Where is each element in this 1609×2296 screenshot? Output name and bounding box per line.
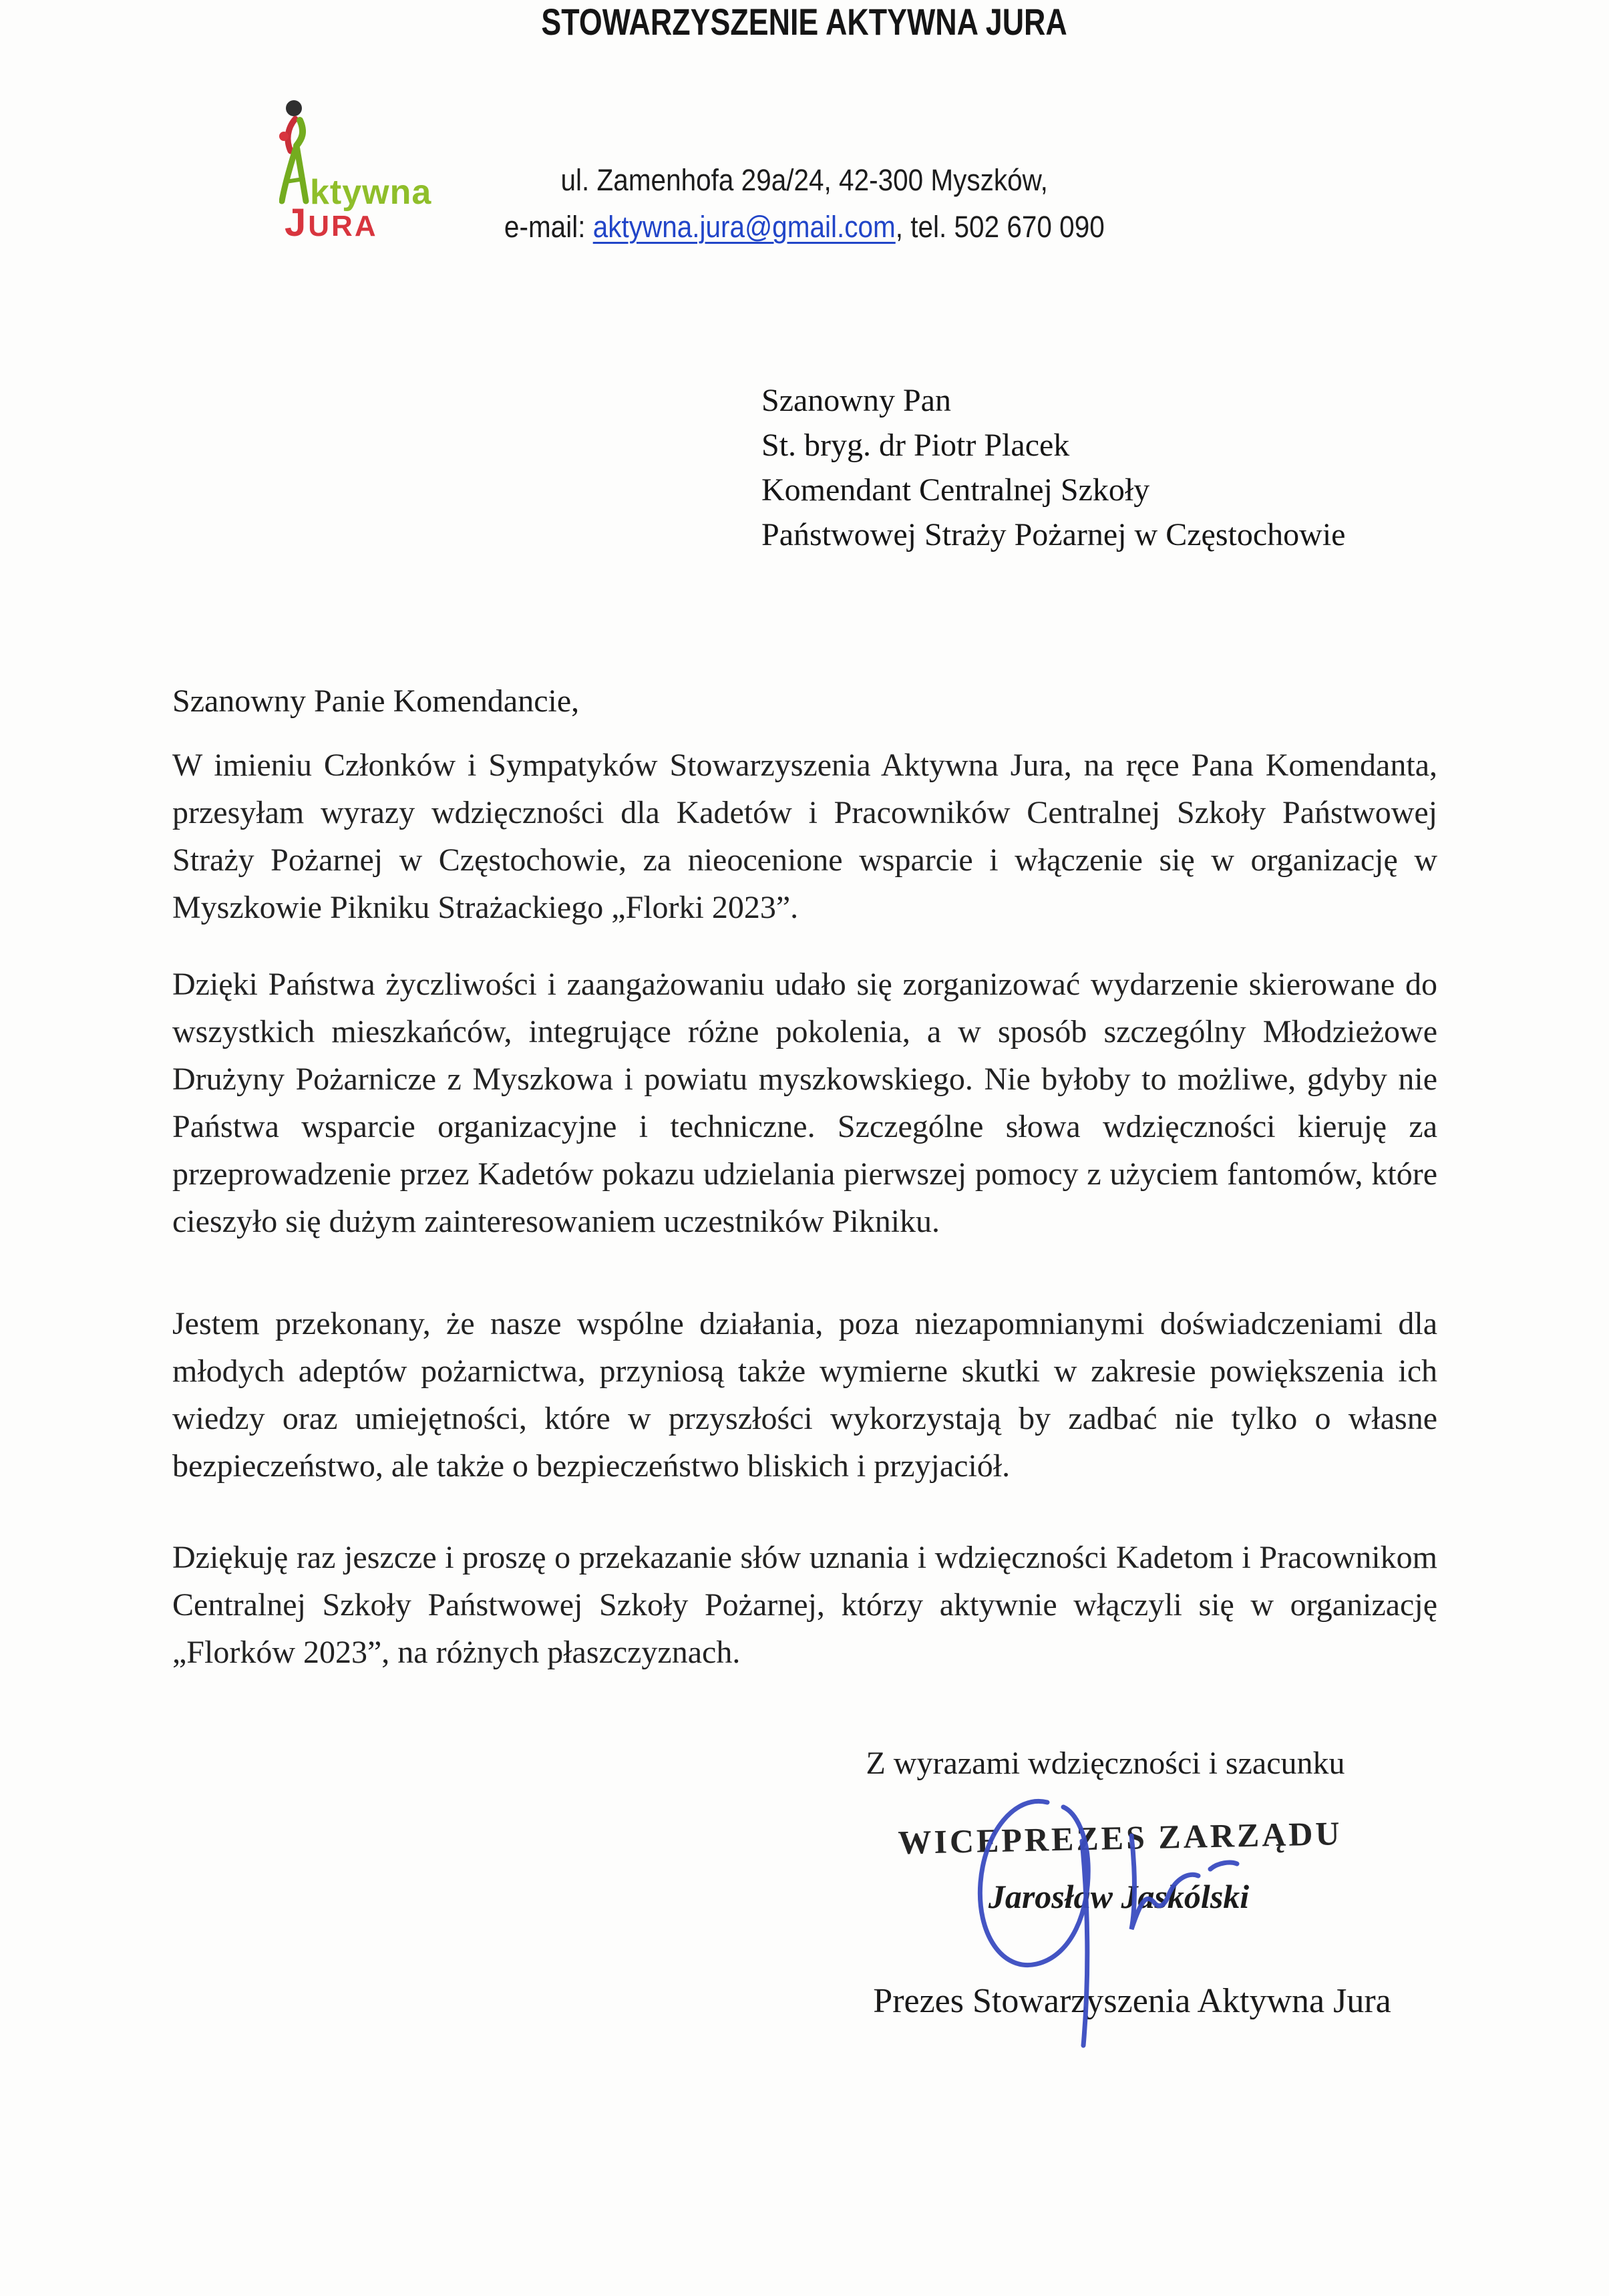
salutation: Szanowny Panie Komendancie, (172, 683, 579, 719)
paragraph-3: Jestem przekonany, że nasze wspólne dzia… (172, 1300, 1437, 1490)
paragraph-2: Dzięki Państwa życzliwości i zaangażowan… (172, 961, 1437, 1245)
stamp-name: Jarosław Jaskólski (768, 1877, 1469, 1916)
org-address: ul. Zamenhofa 29a/24, 42-300 Myszków, (0, 163, 1609, 198)
org-contact-line: e-mail: aktywna.jura@gmail.com, tel. 502… (0, 210, 1609, 244)
recipient-block: Szanowny Pan St. bryg. dr Piotr Placek K… (761, 378, 1345, 557)
recipient-line: Szanowny Pan (761, 378, 1345, 423)
vice-president-stamp-title: WICEPREZES ZARZĄDU (769, 1811, 1471, 1864)
paragraph-4: Dziękuję raz jeszcze i proszę o przekaza… (172, 1534, 1437, 1676)
valediction: Z wyrazami wdzięczności i szacunku (755, 1745, 1456, 1782)
email-label: e-mail: (504, 210, 593, 244)
signoff-role: Prezes Stowarzyszenia Aktywna Jura (781, 1981, 1483, 2021)
recipient-line: St. bryg. dr Piotr Placek (761, 423, 1345, 468)
recipient-line: Państwowej Straży Pożarnej w Częstochowi… (761, 512, 1345, 557)
paragraph-1: W imieniu Członków i Sympatyków Stowarzy… (172, 742, 1437, 931)
org-name: STOWARZYSZENIE AKTYWNA JURA (0, 0, 1609, 43)
scanned-letter-page: ktywna Jura STOWARZYSZENIE AKTYWNA JURA … (0, 0, 1609, 2296)
email-link[interactable]: aktywna.jura@gmail.com (593, 210, 896, 244)
phone-text: , tel. 502 670 090 (896, 210, 1105, 244)
recipient-line: Komendant Centralnej Szkoły (761, 468, 1345, 512)
